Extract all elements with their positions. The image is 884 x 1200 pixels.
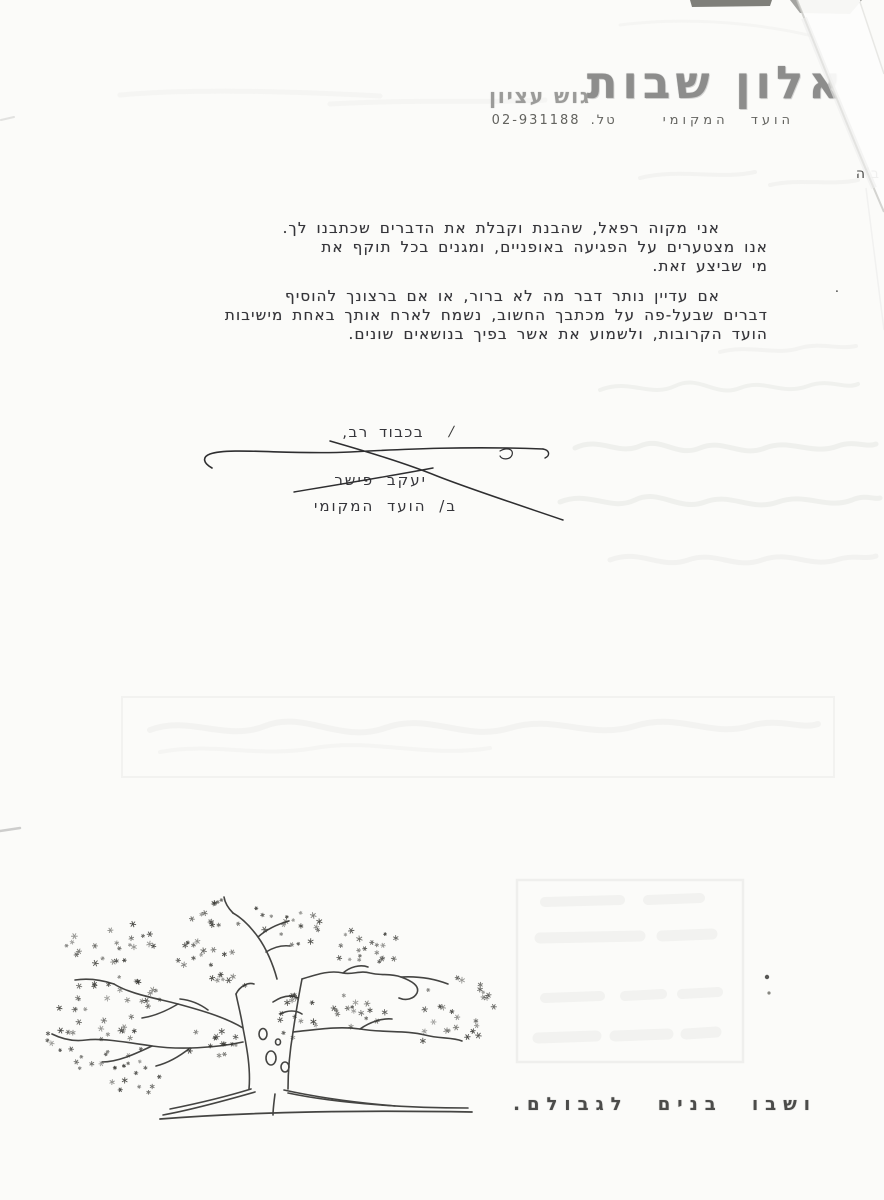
footer-motto: ושבו בנים לגבולם. bbox=[513, 1094, 817, 1115]
scanned-letter-page: אלון שבות גוש עציון הועד המקומי טל. 02-9… bbox=[0, 0, 884, 1200]
oak-tree-icon bbox=[30, 882, 510, 1134]
letter-content: אלון שבות גוש עציון הועד המקומי טל. 02-9… bbox=[0, 0, 884, 1200]
